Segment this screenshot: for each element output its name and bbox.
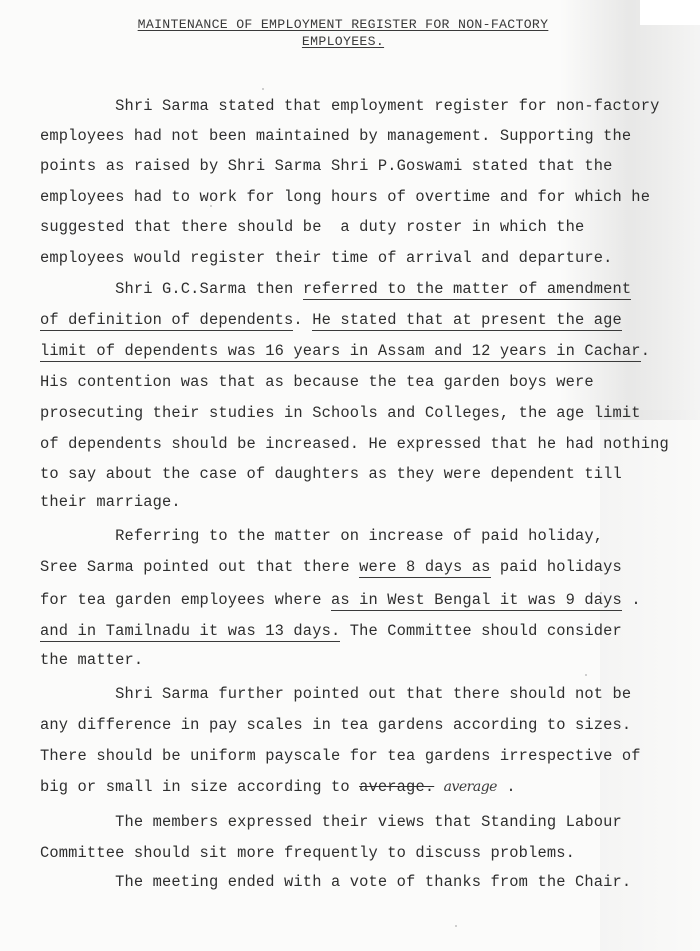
text-line: big or small in size according to averag… (40, 777, 516, 797)
underlined-text: as in West Bengal it was 9 days (331, 591, 622, 611)
text-line: points as raised by Shri Sarma Shri P.Go… (40, 156, 613, 176)
underlined-text: were 8 days as (359, 558, 490, 578)
text-line: for tea garden employees where as in Wes… (40, 590, 641, 610)
text-line: Shri G.C.Sarma then referred to the matt… (40, 279, 631, 299)
paper-speckle (455, 925, 457, 927)
document-title: MAINTENANCE OF EMPLOYMENT REGISTER FOR N… (113, 16, 573, 50)
text-line: Sree Sarma pointed out that there were 8… (40, 557, 622, 577)
text-line: Referring to the matter on increase of p… (40, 526, 603, 546)
title-line-1: MAINTENANCE OF EMPLOYMENT REGISTER FOR N… (138, 17, 549, 32)
underlined-text: and in Tamilnadu it was 13 days. (40, 622, 340, 642)
text-line: limit of dependents was 16 years in Assa… (40, 341, 650, 361)
text-line: employees would register their time of a… (40, 248, 613, 268)
text-line: Committee should sit more frequently to … (40, 843, 575, 863)
text-segment: Sree Sarma pointed out that there (40, 558, 359, 576)
text-segment: Shri G.C.Sarma then (40, 280, 303, 298)
text-segment (434, 778, 443, 796)
text-line: employees had to work for long hours of … (40, 187, 650, 207)
paper-speckle (585, 674, 587, 676)
text-line: Shri Sarma further pointed out that ther… (40, 684, 631, 704)
title-line-2: EMPLOYEES. (302, 34, 384, 49)
text-line: His contention was that as because the t… (40, 372, 594, 392)
underlined-text: He stated that at present the age (312, 311, 622, 331)
handwritten-correction: average (444, 779, 497, 795)
text-line: of dependents should be increased. He ex… (40, 434, 669, 454)
page-corner (640, 0, 700, 25)
text-segment: for tea garden employees where (40, 591, 331, 609)
page-edge-shadow (600, 410, 700, 951)
paper-speckle (210, 205, 212, 207)
text-line: of definition of dependents. He stated t… (40, 310, 622, 330)
paper-speckle (600, 592, 602, 594)
text-line: and in Tamilnadu it was 13 days. The Com… (40, 621, 622, 641)
text-segment: paid holidays (491, 558, 622, 576)
text-line: the matter. (40, 650, 143, 670)
text-line: Shri Sarma stated that employment regist… (40, 96, 659, 116)
text-segment: . (497, 778, 516, 796)
text-line: The members expressed their views that S… (40, 812, 622, 832)
text-segment: . (622, 591, 641, 609)
text-line: employees had not been maintained by man… (40, 126, 631, 146)
text-segment: big or small in size according to (40, 778, 359, 796)
text-segment: The Committee should consider (340, 622, 622, 640)
text-line: prosecuting their studies in Schools and… (40, 403, 641, 423)
text-line: to say about the case of daughters as th… (40, 464, 622, 484)
text-line: their marriage. (40, 492, 181, 512)
text-line: suggested that there should be a duty ro… (40, 217, 584, 237)
text-line: any difference in pay scales in tea gard… (40, 715, 631, 735)
underlined-text: of definition of dependents (40, 311, 293, 331)
paper-speckle (262, 88, 264, 90)
text-segment: . (641, 342, 650, 360)
struck-through-word: average. (359, 778, 434, 796)
text-segment: . (293, 311, 312, 329)
text-line: There should be uniform payscale for tea… (40, 746, 641, 766)
text-line: The meeting ended with a vote of thanks … (40, 872, 631, 892)
underlined-text: referred to the matter of amendment (303, 280, 632, 300)
underlined-text: limit of dependents was 16 years in Assa… (40, 342, 641, 362)
